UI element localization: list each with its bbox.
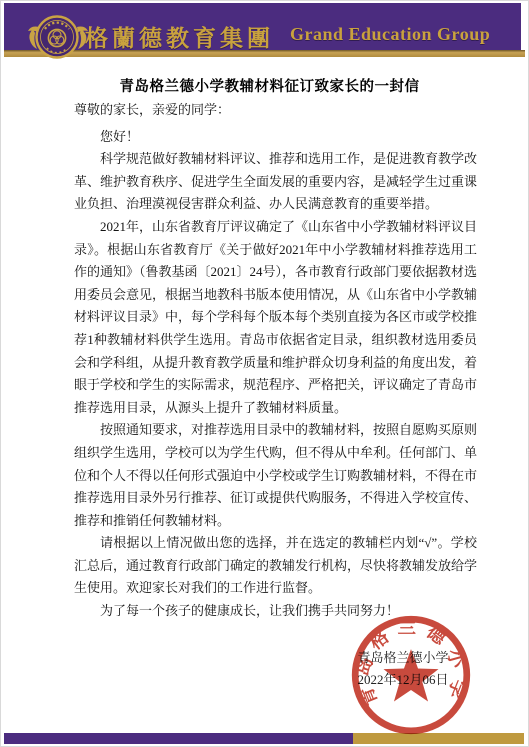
greeting: 您好！ xyxy=(74,126,477,149)
org-name-en: Grand Education Group xyxy=(290,24,490,45)
paragraph-5: 为了每一个孩子的健康成长，让我们携手共同努力！ xyxy=(74,600,477,623)
footer-bar-purple xyxy=(4,733,353,744)
paragraph-4: 请根据以上情况做出您的选择，并在选定的教辅栏内划“√”。学校汇总后，通过教育行政… xyxy=(74,532,477,600)
paragraph-2: 2021年，山东省教育厅评议确定了《山东省中小学教辅材料评议目录》。根据山东省教… xyxy=(74,216,477,419)
signature-school: 青岛格兰德小学 xyxy=(351,647,455,669)
grand-education-logo-icon xyxy=(25,9,93,61)
footer-bar-gold xyxy=(353,733,524,744)
paragraph-1: 科学规范做好教辅材料评议、推荐和选用工作，是促进教育教学改革、维护教育秩序、促进… xyxy=(74,148,477,216)
signature-date: 2022年12月06日 xyxy=(351,669,455,691)
paragraph-3: 按照通知要求，对推荐选用目录中的教辅材料，按照自愿购买原则组织学生选用，学校可以… xyxy=(74,419,477,532)
letter-body: 青岛格兰德小学教辅材料征订致家长的一封信 尊敬的家长，亲爱的同学： 您好！ 科学… xyxy=(74,77,477,623)
salutation: 尊敬的家长，亲爱的同学： xyxy=(74,99,477,122)
letter-title: 青岛格兰德小学教辅材料征订致家长的一封信 xyxy=(62,77,477,98)
signature-block: 青岛格兰德小学 2022年12月06日 xyxy=(351,647,455,690)
org-name-zh: 格蘭德教育集團 xyxy=(85,20,274,53)
letter-page: 格蘭德教育集團 Grand Education Group 青岛格兰德小学教辅材… xyxy=(0,0,529,747)
